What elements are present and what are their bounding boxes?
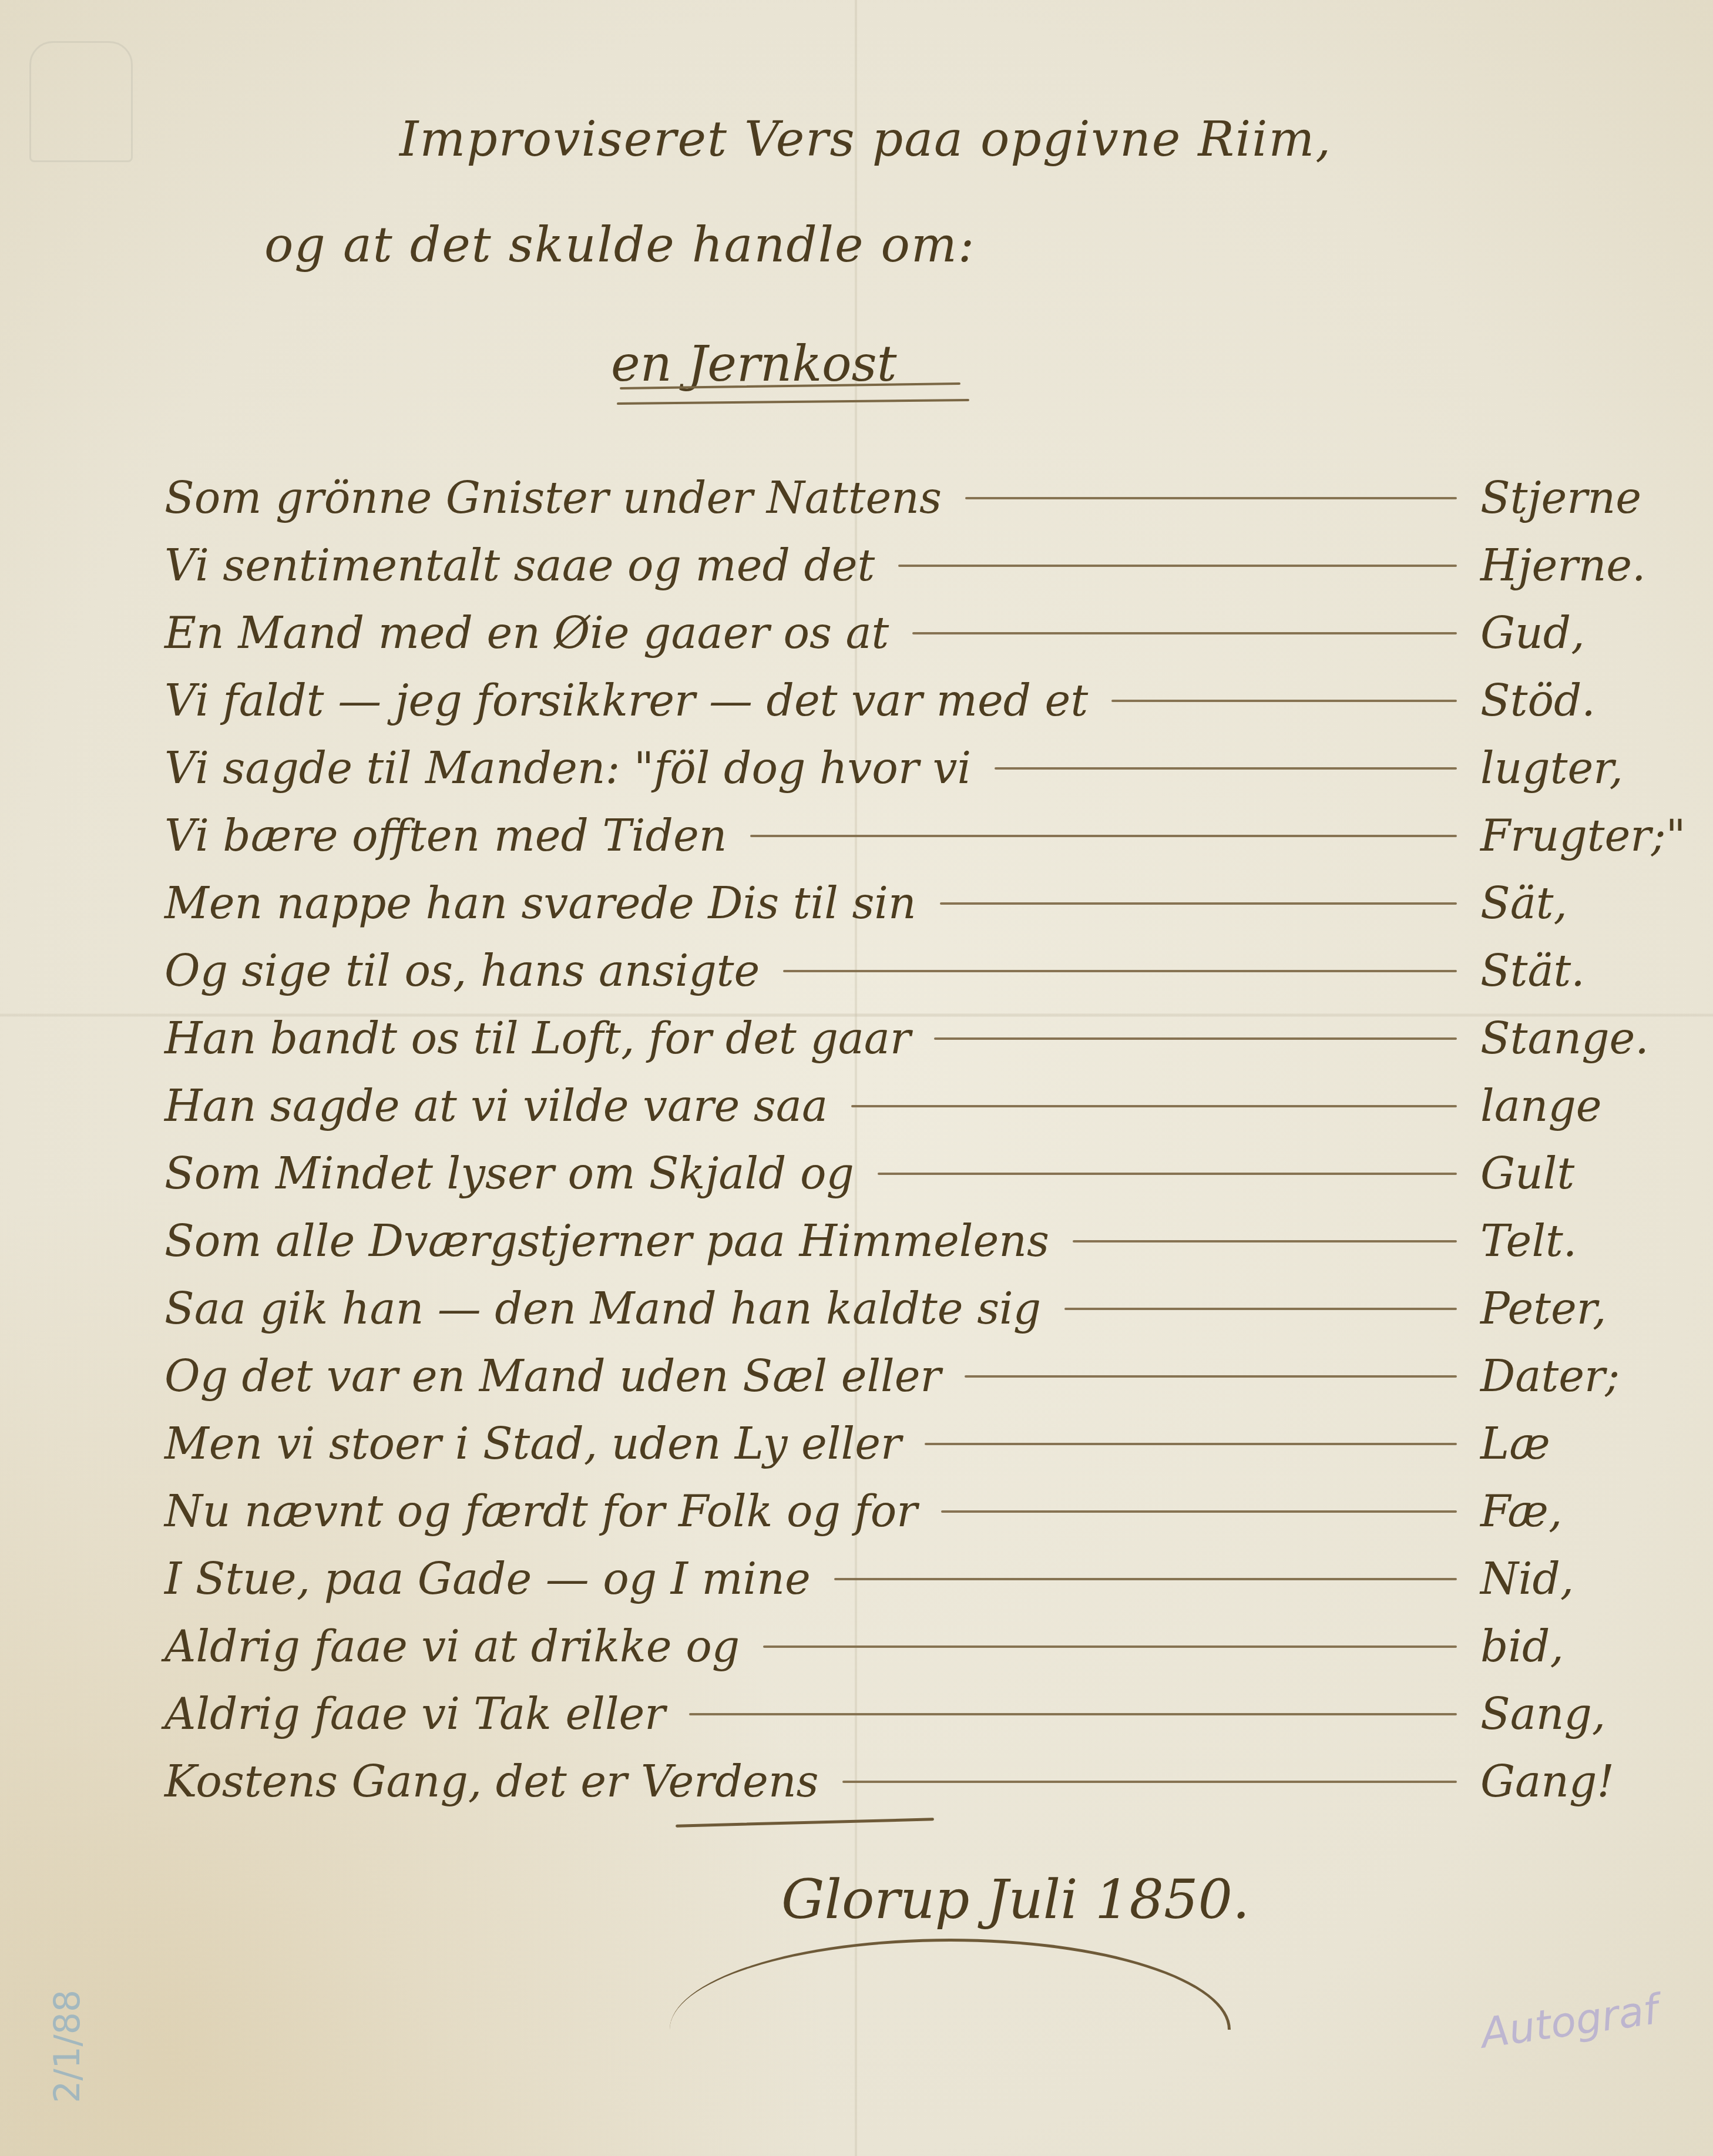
dash-separator	[1064, 1308, 1457, 1310]
dash-separator	[851, 1105, 1457, 1107]
verse-line: Saa gik han — den Mand han kaldte sigPet…	[164, 1275, 1633, 1342]
verse-line: Vi bære offten med TidenFrugter;"	[164, 802, 1633, 869]
dash-separator	[878, 1173, 1457, 1175]
dash-separator	[925, 1443, 1457, 1445]
verse-line: Og det var en Mand uden Sæl ellerDater;	[164, 1342, 1633, 1410]
rhyme-word: Gang!	[1480, 1757, 1633, 1807]
verse-line: Som alle Dværgstjerner paa HimmelensTelt…	[164, 1207, 1633, 1275]
verse-line: Vi sentimentalt saae og med detHjerne.	[164, 532, 1633, 599]
dash-separator	[965, 497, 1457, 499]
dash-separator	[898, 565, 1457, 567]
verse-text: Han sagde at vi vilde vare saa	[164, 1081, 828, 1131]
verse-line: Som grönne Gnister under NattensStjerne	[164, 464, 1633, 532]
verse-text: Saa gik han — den Mand han kaldte sig	[164, 1284, 1041, 1334]
verse-line: Vi sagde til Manden: "föl dog hvor vilug…	[164, 734, 1633, 802]
rhyme-word: Gult	[1480, 1148, 1633, 1199]
dash-separator	[941, 1510, 1457, 1513]
verse-block: Som grönne Gnister under NattensStjerne …	[164, 464, 1633, 1815]
verse-text: Kostens Gang, det er Verdens	[164, 1757, 819, 1807]
verse-text: Men nappe han svarede Dis til sin	[164, 878, 916, 929]
rhyme-word: Frugter;"	[1480, 811, 1633, 861]
verse-line: Kostens Gang, det er VerdensGang!	[164, 1748, 1633, 1815]
rhyme-word: Stange.	[1480, 1013, 1633, 1064]
verse-text: I Stue, paa Gade — og I mine	[164, 1554, 811, 1604]
rhyme-word: bid,	[1480, 1621, 1633, 1672]
verse-line: Nu nævnt og færdt for Folk og forFæ,	[164, 1477, 1633, 1545]
rhyme-word: Læ	[1480, 1419, 1633, 1469]
rhyme-word: Gud,	[1480, 608, 1633, 659]
rhyme-word: Nid,	[1480, 1554, 1633, 1604]
crown-watermark-icon	[29, 41, 133, 162]
verse-text: Vi sagde til Manden: "föl dog hvor vi	[164, 743, 971, 794]
verse-text: Men vi stoer i Stad, uden Ly eller	[164, 1419, 901, 1469]
verse-text: Og det var en Mand uden Sæl eller	[164, 1351, 941, 1402]
dash-separator	[995, 767, 1457, 770]
rhyme-word: lugter,	[1480, 743, 1633, 794]
dash-separator	[783, 970, 1457, 972]
verse-line: Som Mindet lyser om Skjald ogGult	[164, 1140, 1633, 1207]
dash-separator	[940, 902, 1457, 905]
rhyme-word: Dater;	[1480, 1351, 1633, 1402]
verse-text: Nu nævnt og færdt for Folk og for	[164, 1486, 918, 1537]
verse-text: Vi faldt — jeg forsikkrer — det var med …	[164, 676, 1088, 726]
dash-separator	[912, 632, 1457, 634]
dash-separator	[965, 1375, 1457, 1378]
dash-separator	[842, 1781, 1457, 1783]
dash-separator	[750, 835, 1457, 837]
verse-text: Aldrig faae vi at drikke og	[164, 1621, 740, 1672]
dash-separator	[763, 1645, 1457, 1648]
verse-line: Han bandt os til Loft, for det gaarStang…	[164, 1005, 1633, 1072]
rhyme-word: Stöd.	[1480, 676, 1633, 726]
verse-text: En Mand med en Øie gaaer os at	[164, 608, 889, 659]
archive-number-mark: 2/1/88	[47, 1990, 88, 2103]
verse-line: Aldrig faae vi at drikke ogbid,	[164, 1613, 1633, 1680]
verse-line: Men nappe han svarede Dis til sinSät,	[164, 869, 1633, 937]
rhyme-word: Sang,	[1480, 1689, 1633, 1739]
verse-text: Som alle Dværgstjerner paa Himmelens	[164, 1216, 1049, 1267]
dash-separator	[934, 1037, 1457, 1040]
place-date-signature: Glorup Juli 1850.	[781, 1868, 1250, 1931]
heading-line-2: og at det skulde handle om:	[264, 217, 975, 273]
verse-line: I Stue, paa Gade — og I mineNid,	[164, 1545, 1633, 1613]
verse-text: Og sige til os, hans ansigte	[164, 946, 760, 996]
rhyme-word: Sät,	[1480, 878, 1633, 929]
dash-separator	[1073, 1240, 1457, 1242]
verse-text: Som grönne Gnister under Nattens	[164, 473, 942, 523]
verse-line: En Mand med en Øie gaaer os atGud,	[164, 599, 1633, 667]
verse-text: Vi bære offten med Tiden	[164, 811, 727, 861]
verse-line: Men vi stoer i Stad, uden Ly ellerLæ	[164, 1410, 1633, 1477]
rhyme-word: Telt.	[1480, 1216, 1633, 1267]
dash-separator	[1111, 700, 1457, 702]
dash-separator	[689, 1713, 1457, 1715]
heading-line-1: Improviseret Vers paa opgivne Riim,	[399, 112, 1332, 167]
verse-text: Aldrig faae vi Tak eller	[164, 1689, 666, 1739]
rhyme-word: Fæ,	[1480, 1486, 1633, 1537]
verse-line: Han sagde at vi vilde vare saalange	[164, 1072, 1633, 1140]
rhyme-word: Stjerne	[1480, 473, 1633, 523]
rhyme-word: Peter,	[1480, 1284, 1633, 1334]
verse-line: Aldrig faae vi Tak ellerSang,	[164, 1680, 1633, 1748]
dash-separator	[834, 1578, 1457, 1580]
verse-text: Han bandt os til Loft, for det gaar	[164, 1013, 911, 1064]
verse-line: Vi faldt — jeg forsikkrer — det var med …	[164, 667, 1633, 734]
rhyme-word: Hjerne.	[1480, 540, 1633, 591]
rhyme-word: Stät.	[1480, 946, 1633, 996]
verse-text: Som Mindet lyser om Skjald og	[164, 1148, 854, 1199]
verse-line: Og sige til os, hans ansigteStät.	[164, 937, 1633, 1005]
rhyme-word: lange	[1480, 1081, 1633, 1131]
verse-text: Vi sentimentalt saae og med det	[164, 540, 875, 591]
